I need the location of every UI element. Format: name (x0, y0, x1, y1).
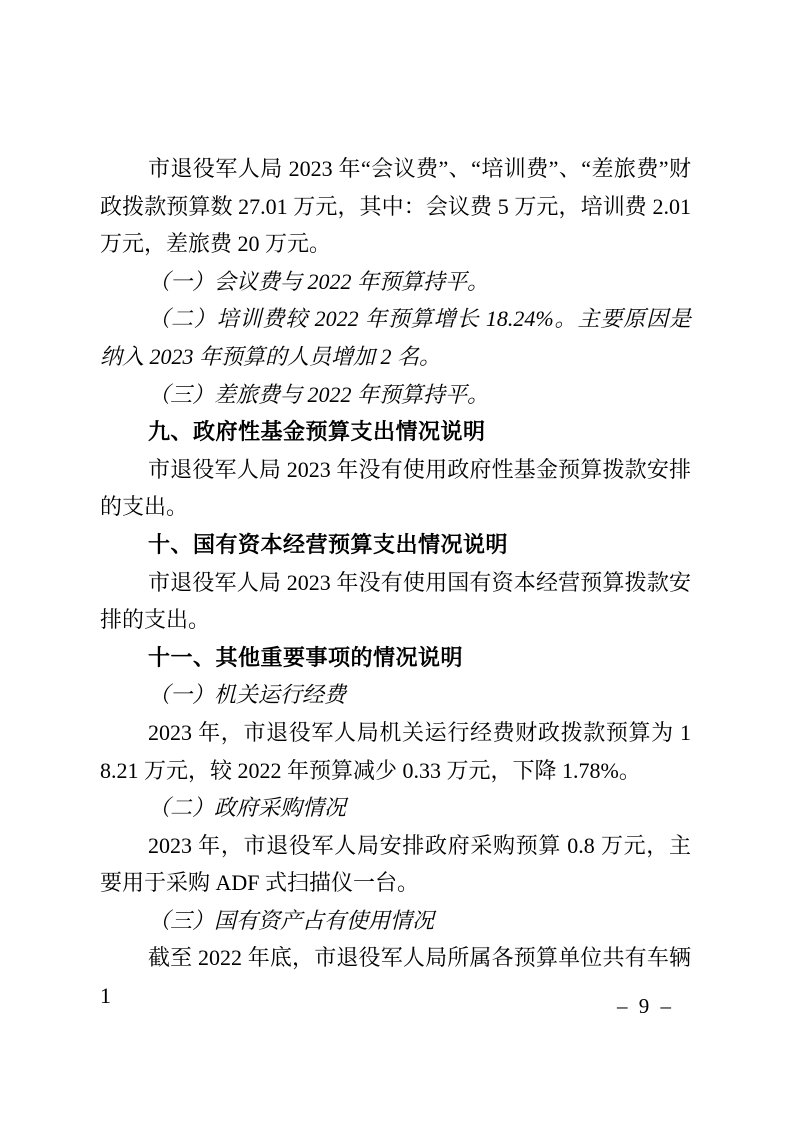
section-heading: 九、政府性基金预算支出情况说明 (100, 413, 691, 451)
list-item: （一）机关运行经费 (100, 676, 691, 714)
paragraph: 市退役军人局 2023 年“会议费”、“培训费”、“差旅费”财政拨款预算数 27… (100, 150, 691, 263)
paragraph: 2023 年，市退役军人局机关运行经费财政拨款预算为 18.21 万元，较 20… (100, 714, 691, 789)
list-item: （二）培训费较 2022 年预算增长 18.24%。主要原因是纳入 2023 年… (100, 300, 691, 375)
section-heading: 十、国有资本经营预算支出情况说明 (100, 526, 691, 564)
page-number: – 9 – (617, 994, 674, 1018)
paragraph: 市退役军人局 2023 年没有使用国有资本经营预算拨款安排的支出。 (100, 564, 691, 639)
list-item: （三）国有资产占有使用情况 (100, 902, 691, 940)
list-item: （二）政府采购情况 (100, 789, 691, 827)
section-heading: 十一、其他重要事项的情况说明 (100, 639, 691, 677)
document-body: 市退役军人局 2023 年“会议费”、“培训费”、“差旅费”财政拨款预算数 27… (100, 150, 691, 1015)
list-item: （三）差旅费与 2022 年预算持平。 (100, 376, 691, 414)
paragraph: 市退役军人局 2023 年没有使用政府性基金预算拨款安排的支出。 (100, 451, 691, 526)
document-page: 市退役军人局 2023 年“会议费”、“培训费”、“差旅费”财政拨款预算数 27… (0, 0, 793, 1122)
list-item: （一）会议费与 2022 年预算持平。 (100, 263, 691, 301)
paragraph: 2023 年，市退役军人局安排政府采购预算 0.8 万元，主要用于采购 ADF … (100, 827, 691, 902)
paragraph: 截至 2022 年底，市退役军人局所属各预算单位共有车辆 1 (100, 939, 691, 1014)
